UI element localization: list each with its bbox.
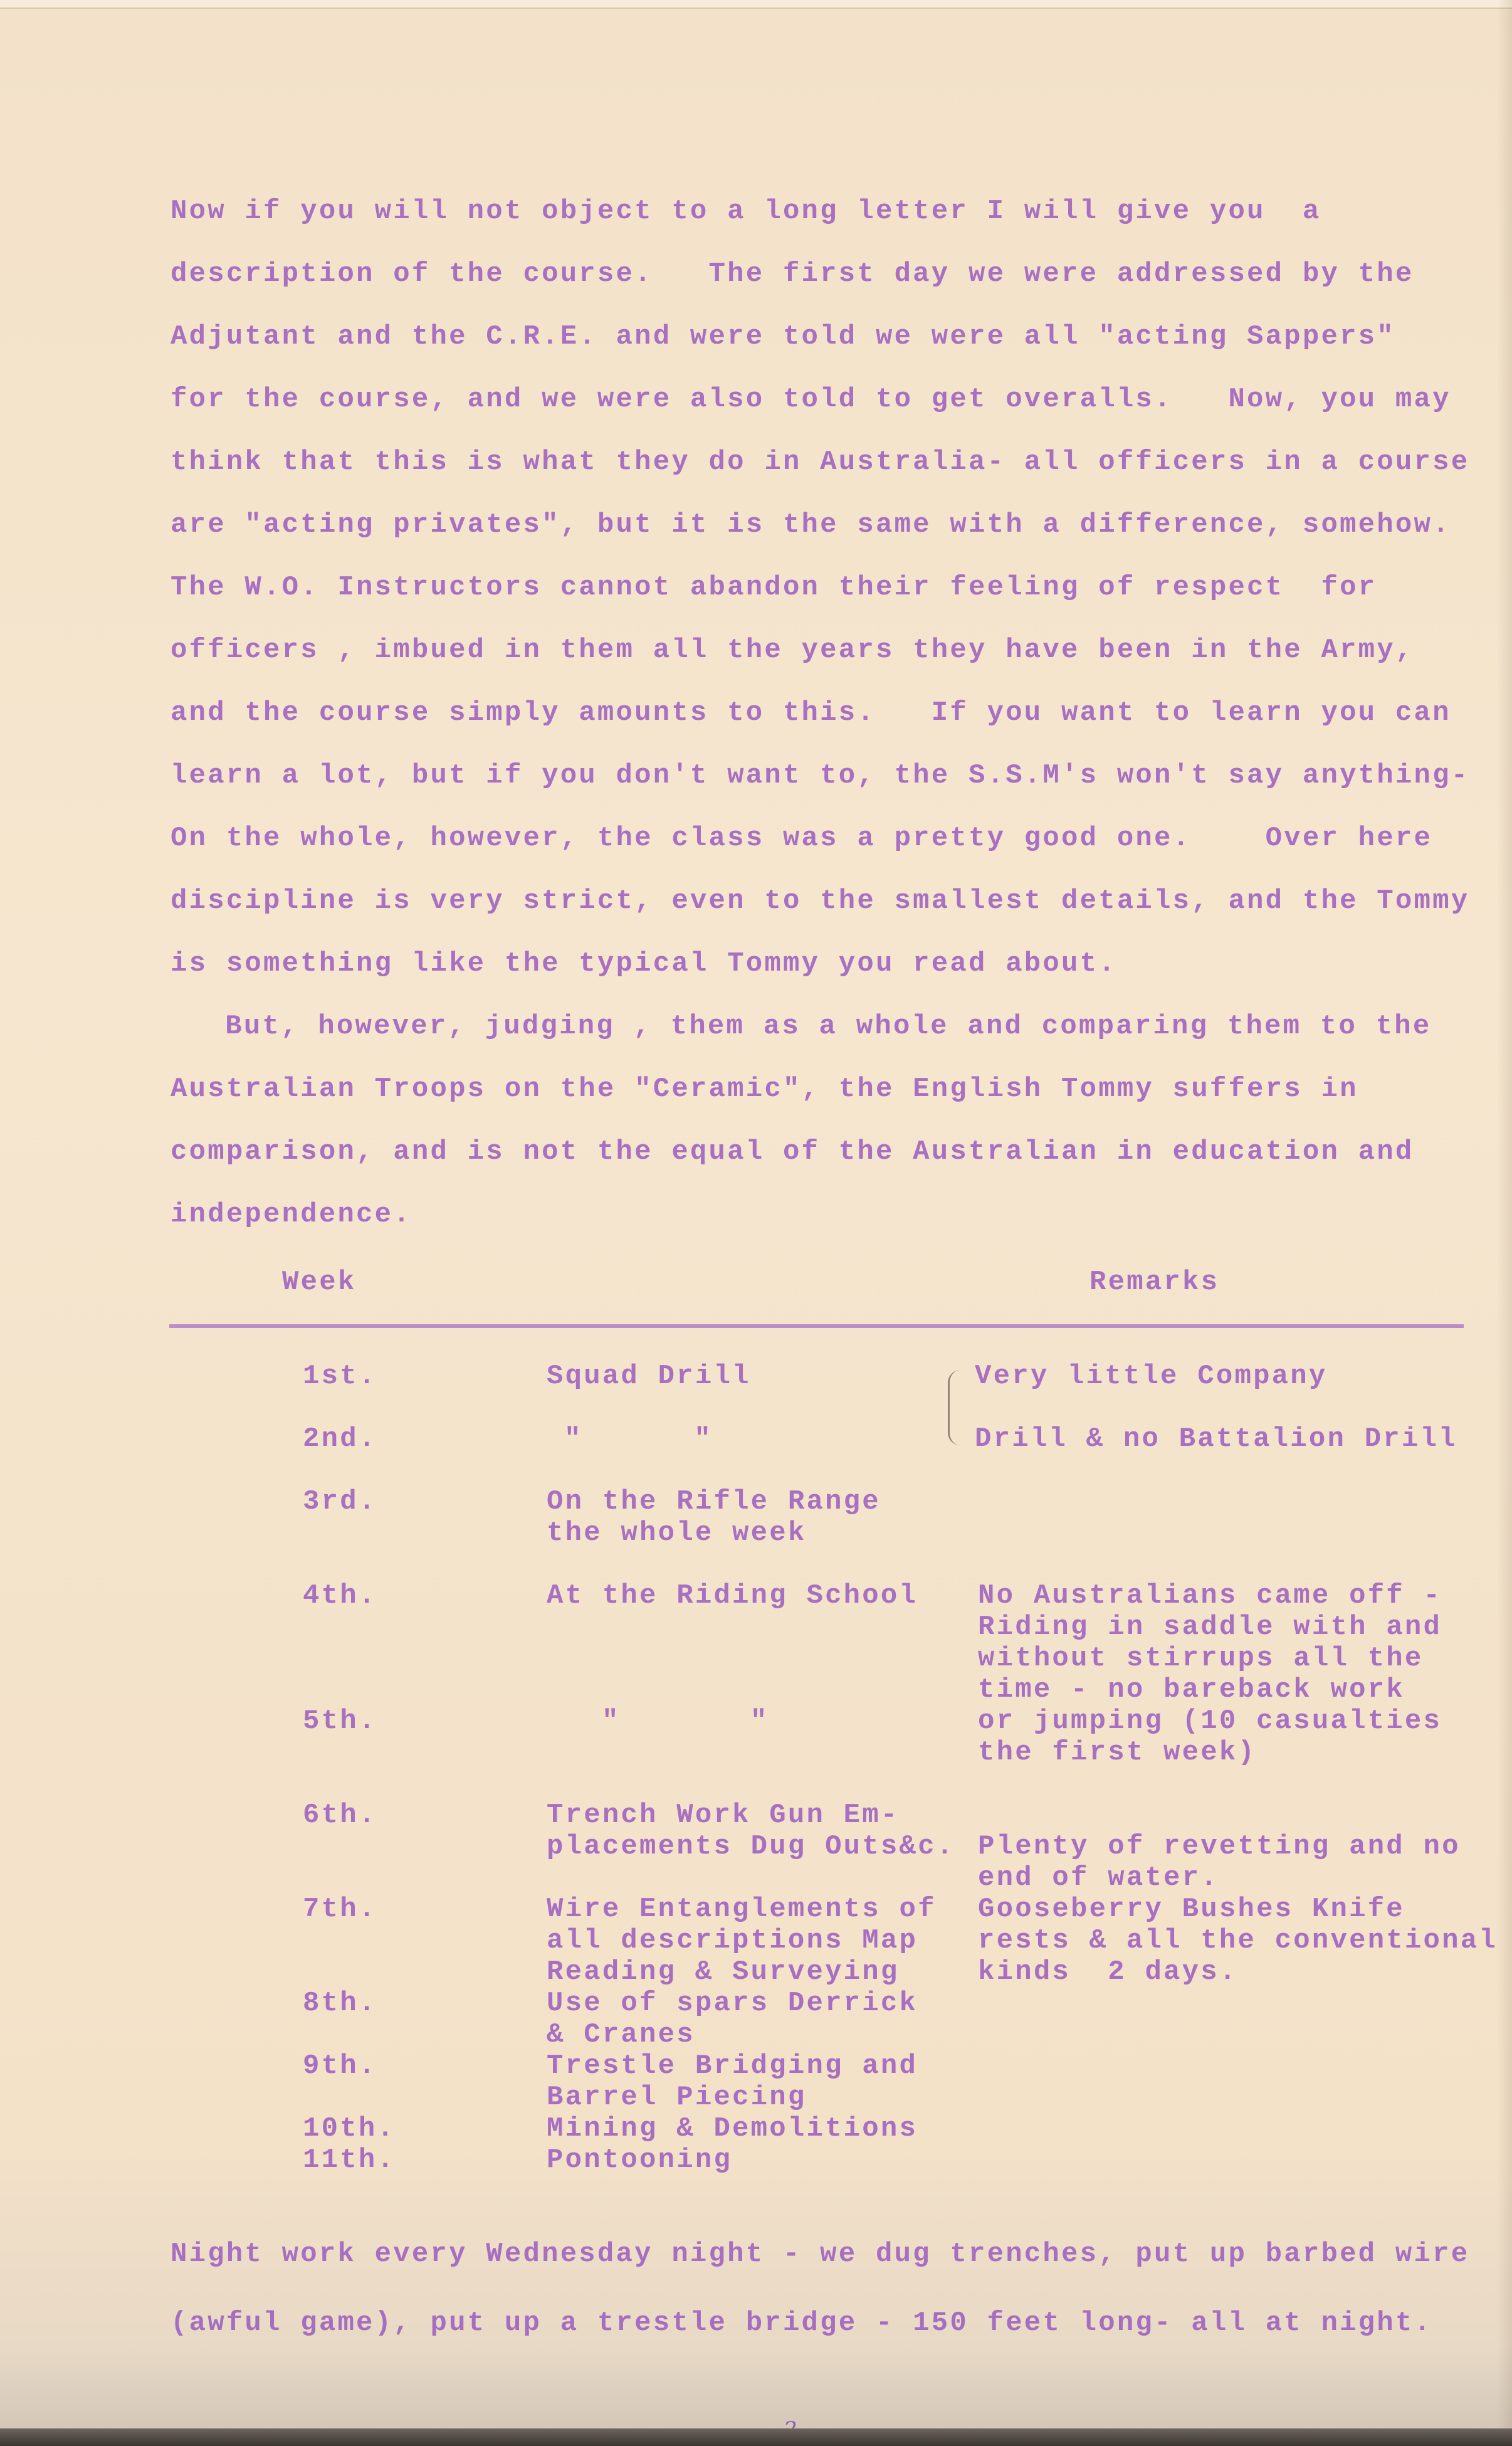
remarks-cell: No Australians came off - [978,1580,1442,1611]
scanner-bottom-edge [0,2428,1512,2446]
activity-cell: Squad Drill [547,1361,751,1392]
week-cell: 10th. [303,2113,396,2144]
remarks-cell: without stirrups all the [978,1643,1424,1674]
week-cell: 4th. [303,1580,377,1611]
remarks-cell: Riding in saddle with and [978,1611,1442,1643]
activity-cell: placements Dug Outs&c. [547,1831,955,1862]
week-cell: 5th. [303,1705,377,1737]
week-cell: 2nd. [303,1423,377,1455]
paragraph1-line: On the whole, however, the class was a p… [171,823,1432,854]
remarks-cell: end of water. [978,1862,1219,1894]
paper-right-shadow [1497,0,1512,2446]
paragraph1-line: learn a lot, but if you don't want to, t… [171,760,1469,791]
remarks-cell: or jumping (10 casualties [978,1705,1442,1737]
activity-cell: Trench Work Gun Em- [547,1800,899,1831]
left-brace-annotation [948,1370,961,1445]
paragraph2-line: Australian Troops on the "Ceramic", the … [171,1073,1358,1105]
paragraph1-line: think that this is what they do in Austr… [171,446,1469,478]
week-cell: 11th. [303,2144,396,2176]
week-cell: 3rd. [303,1486,377,1517]
remarks-cell: the first week) [978,1737,1256,1768]
week-cell: 1st. [303,1361,377,1392]
activity-cell: the whole week [547,1517,806,1549]
paragraph1-line: for the course, and we were also told to… [171,384,1451,415]
table-header-remarks: Remarks [1089,1267,1219,1298]
paragraph1-line: is something like the typical Tommy you … [171,948,1117,979]
remarks-cell: rests & all the conventional [978,1925,1498,1956]
activity-cell: Use of spars Derrick [547,1988,918,2019]
paragraph1-line: officers , imbued in them all the years … [171,635,1414,666]
paragraph1-line: and the course simply amounts to this. I… [171,697,1451,729]
week-cell: 8th. [303,1988,377,2019]
paragraph1-line: discipline is very strict, even to the s… [171,885,1469,917]
week-cell: 9th. [303,2050,377,2082]
activity-cell: all descriptions Map [547,1925,918,1956]
activity-cell: At the Riding School [547,1580,918,1611]
table-header-rule [169,1324,1464,1328]
week-cell: 7th. [303,1894,377,1925]
paper-top-edge [0,0,1512,9]
activity-cell: " " [564,1423,713,1455]
activity-cell: Trestle Bridging and [547,2050,918,2082]
footer-paragraph-line: Night work every Wednesday night - we du… [171,2238,1469,2270]
footer-paragraph-line: (awful game), put up a trestle bridge - … [171,2307,1432,2339]
remarks-cell: Drill & no Battalion Drill [975,1423,1457,1455]
activity-cell: On the Rifle Range [547,1486,881,1517]
paragraph2-line: comparison, and is not the equal of the … [171,1136,1414,1168]
activity-cell: " " [602,1705,769,1737]
paragraph2-line: independence. [171,1199,412,1230]
paragraph1-line: Adjutant and the C.R.E. and were told we… [171,321,1395,352]
paragraph1-line: description of the course. The first day… [171,258,1414,290]
remarks-cell: Very little Company [975,1361,1327,1392]
activity-cell: Reading & Surveying [547,1956,899,1988]
table-header-week: Week [282,1267,356,1298]
paragraph2-line: But, however, judging , them as a whole … [188,1011,1432,1042]
remarks-cell: Gooseberry Bushes Knife [978,1894,1405,1925]
paragraph1-line: Now if you will not object to a long let… [171,196,1321,227]
remarks-cell: Plenty of revetting and no [978,1831,1461,1862]
activity-cell: Wire Entanglements of [547,1894,937,1925]
paragraph1-line: are "acting privates", but it is the sam… [171,509,1451,540]
activity-cell: Mining & Demolitions [547,2113,918,2144]
remarks-cell: time - no bareback work [978,1674,1405,1705]
paragraph1-line: The W.O. Instructors cannot abandon thei… [171,572,1377,603]
activity-cell: Barrel Piecing [547,2082,806,2113]
activity-cell: & Cranes [547,2019,695,2050]
remarks-cell: kinds 2 days. [978,1956,1237,1988]
week-cell: 6th. [303,1800,377,1831]
activity-cell: Pontooning [547,2144,732,2176]
